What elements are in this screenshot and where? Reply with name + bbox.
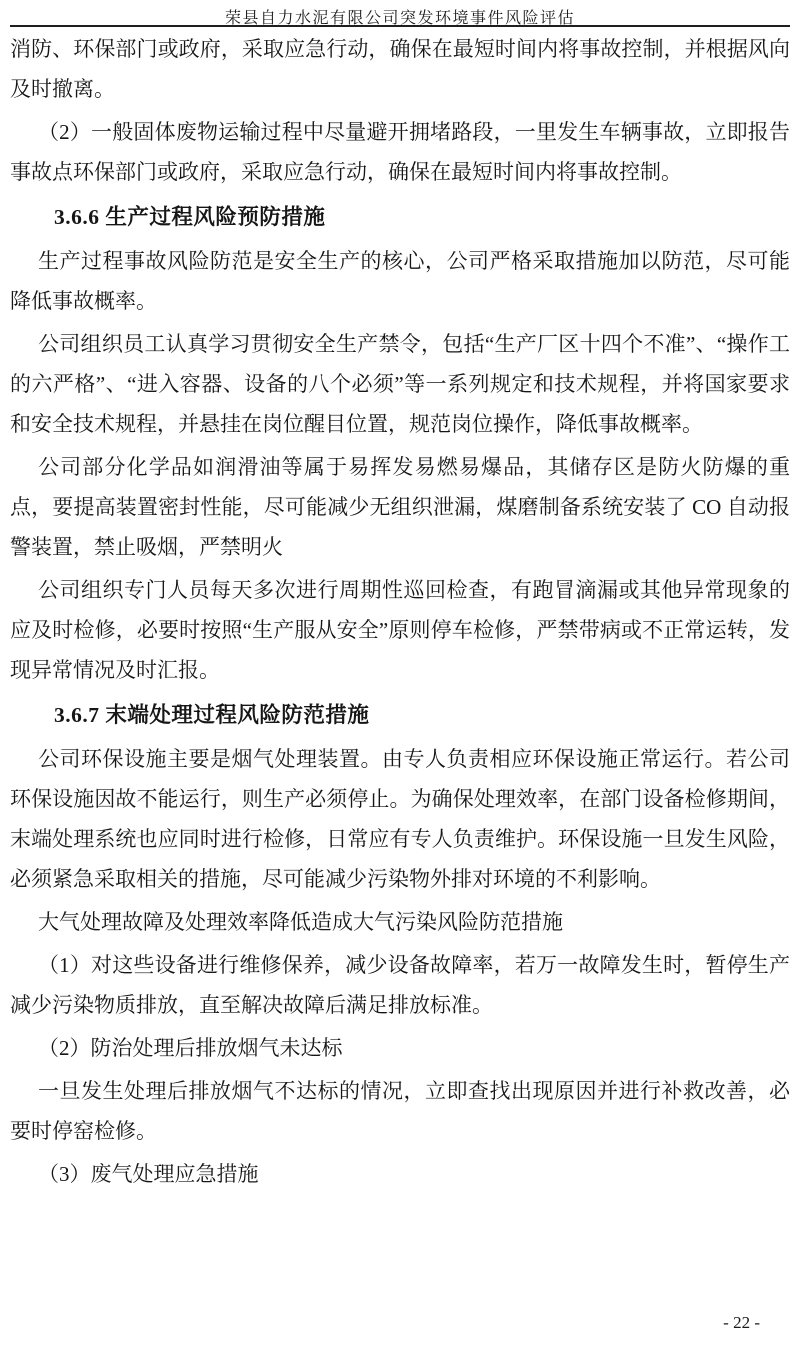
- paragraph: 公司环保设施主要是烟气处理装置。由专人负责相应环保设施正常运行。若公司环保设施因…: [10, 739, 790, 899]
- page-header: 荣县自力水泥有限公司突发环境事件风险评估: [10, 0, 790, 27]
- page-footer: - 22 -: [723, 1313, 760, 1333]
- paragraph: 公司组织专门人员每天多次进行周期性巡回检查，有跑冒滴漏或其他异常现象的应及时检修…: [10, 570, 790, 690]
- document-page: 荣县自力水泥有限公司突发环境事件风险评估 消防、环保部门或政府，采取应急行动，确…: [0, 0, 800, 1353]
- page-number: - 22 -: [723, 1313, 760, 1332]
- paragraph: （3）废气处理应急措施: [10, 1154, 790, 1194]
- paragraph: （2）一般固体废物运输过程中尽量避开拥堵路段，一里发生车辆事故，立即报告事故点环…: [10, 112, 790, 192]
- paragraph: （1）对这些设备进行维修保养，减少设备故障率，若万一故障发生时，暂停生产减少污染…: [10, 945, 790, 1025]
- section-heading-3-6-6: 3.6.6 生产过程风险预防措施: [10, 197, 790, 237]
- paragraph: 公司组织员工认真学习贯彻安全生产禁令，包括“生产厂区十四个不准”、“操作工的六严…: [10, 324, 790, 444]
- paragraph: 大气处理故障及处理效率降低造成大气污染风险防范措施: [10, 902, 790, 942]
- paragraph: 生产过程事故风险防范是安全生产的核心，公司严格采取措施加以防范，尽可能降低事故概…: [10, 241, 790, 321]
- document-body: 消防、环保部门或政府，采取应急行动，确保在最短时间内将事故控制，并根据风向及时撤…: [10, 29, 790, 1197]
- section-heading-3-6-7: 3.6.7 末端处理过程风险防范措施: [10, 695, 790, 735]
- header-title: 荣县自力水泥有限公司突发环境事件风险评估: [225, 0, 575, 28]
- paragraph: 公司部分化学品如润滑油等属于易挥发易燃易爆品，其储存区是防火防爆的重点，要提高装…: [10, 447, 790, 567]
- paragraph: （2）防治处理后排放烟气未达标: [10, 1028, 790, 1068]
- paragraph: 一旦发生处理后排放烟气不达标的情况，立即查找出现原因并进行补救改善，必要时停窑检…: [10, 1071, 790, 1151]
- paragraph-continuation: 消防、环保部门或政府，采取应急行动，确保在最短时间内将事故控制，并根据风向及时撤…: [10, 29, 790, 109]
